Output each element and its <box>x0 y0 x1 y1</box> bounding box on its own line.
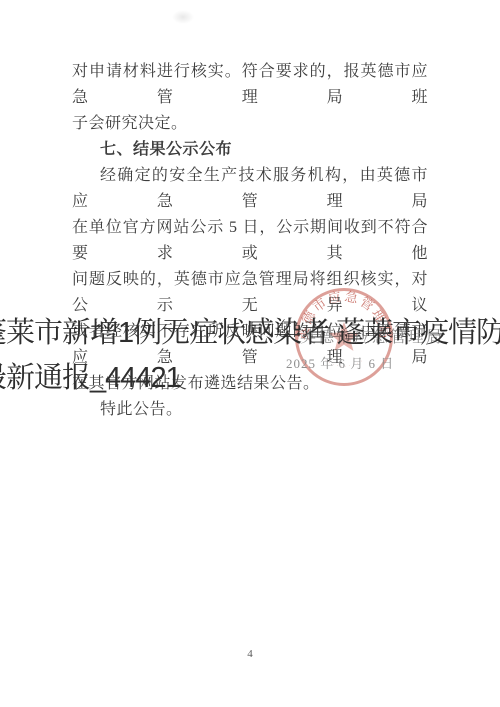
document-page: 对申请材料进行核实。符合要求的，报英德市应急管理局班 子会研究决定。 七、结果公… <box>0 0 500 707</box>
scan-artifact <box>172 10 194 24</box>
watermark-title: 蓬莱市新增1例无症状感染者 蓬莱市疫情防控 最新通报_44421 <box>0 311 500 401</box>
watermark-title-line1: 蓬莱市新增1例无症状感染者 蓬莱市疫情防控 <box>0 311 500 356</box>
section-heading: 七、结果公示公布 <box>72 137 428 163</box>
watermark-title-line2: 最新通报_44421 <box>0 356 500 401</box>
page-number: 4 <box>0 648 500 660</box>
body-line: 子会研究决定。 <box>72 111 428 137</box>
body-line: 在单位官方网站公示 5 日，公示期间收到不符合要求或其他 <box>72 215 428 267</box>
body-line: 对申请材料进行核实。符合要求的，报英德市应急管理局班 <box>72 59 428 111</box>
body-line: 经确定的安全生产技术服务机构，由英德市应急管理局 <box>72 163 428 215</box>
